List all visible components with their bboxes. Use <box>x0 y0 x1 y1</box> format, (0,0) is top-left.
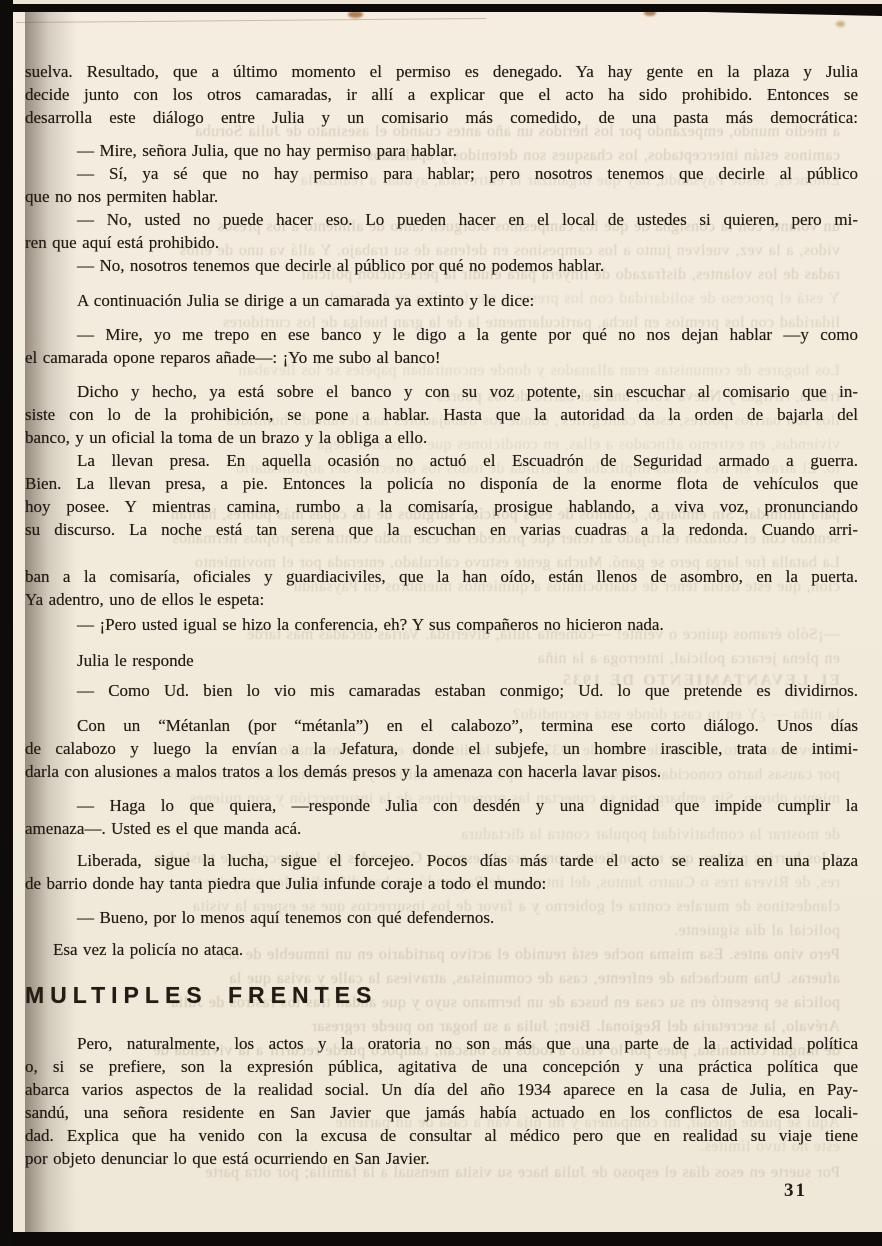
dialogo-conferencia: — ¡Pero usted igual se hizo la conferenc… <box>25 613 858 636</box>
dialogo-defendernos: — Bueno, por lo menos aquí tenemos con q… <box>25 906 858 929</box>
text-line: decide junto con los otros camaradas, ir… <box>25 83 858 106</box>
text-line: Liberada, sigue la lucha, sigue el force… <box>25 849 858 872</box>
text-line: de barrio donde hay tanta piedra que Jul… <box>25 872 858 895</box>
text-line: La llevan presa. En aquella ocasión no a… <box>25 449 858 472</box>
text-content: suelva. Resultado, que a último momento … <box>25 60 858 1170</box>
text-line: que no nos permiten hablar. <box>25 185 858 208</box>
para-liberada: Liberada, sigue la lucha, sigue el force… <box>25 849 858 895</box>
para-comisaria: ban a la comisaría, oficiales y guardiac… <box>25 565 858 611</box>
book-page-scan: a medio mundo, empezando por los heridos… <box>0 0 882 1246</box>
book-page: a medio mundo, empezando por los heridos… <box>12 5 882 1232</box>
page-number: 31 <box>784 1180 807 1202</box>
rust-stain <box>348 11 363 18</box>
text-line: Con un “Métanlan (por “métanla”) en el c… <box>25 714 858 737</box>
text-line: banco, y un oficial la toma de un brazo … <box>25 426 858 449</box>
text-line: — Bueno, por lo menos aquí tenemos con q… <box>25 906 858 929</box>
para-la-llevan-presa: La llevan presa. En aquella ocasión no a… <box>25 449 858 541</box>
text-line: o, si se prefiere, son la expresión públ… <box>25 1055 858 1078</box>
para-permiso-denegado: suelva. Resultado, que a último momento … <box>25 60 858 129</box>
para-no-ataca: Esa vez la policía no ataca. <box>25 938 858 961</box>
text-line: Ya adentro, uno de ellos le espeta: <box>25 588 858 611</box>
text-line: — Haga lo que quiera, —responde Julia co… <box>25 794 858 817</box>
text-line: ren que aquí está prohibido. <box>25 231 858 254</box>
text-line: Julia le responde <box>25 649 858 672</box>
text-line: amenaza—. Usted es el que manda acá. <box>25 817 858 840</box>
text-line: — ¡Pero usted igual se hizo la conferenc… <box>25 613 858 636</box>
text-line: siste con lo de la prohibición, se pone … <box>25 403 858 426</box>
dialogo-dividirnos: — Como Ud. bien lo vio mis camaradas est… <box>25 679 858 702</box>
heading-multiples-frentes: MULTIPLES FRENTES <box>25 983 858 1007</box>
text-line: hoy posee. Y mientras camina, rumbo a la… <box>25 495 858 518</box>
text-line: por objeto denunciar lo que está ocurrie… <box>25 1147 858 1170</box>
text-line: A continuación Julia se dirige a un cama… <box>25 289 858 312</box>
para-calabozo: Con un “Métanlan (por “métanla”) en el c… <box>25 714 858 783</box>
text-line: su discurso. La noche está tan serena qu… <box>25 518 858 541</box>
text-line: — Mire, yo me trepo en ese banco y le di… <box>25 323 858 346</box>
text-line: de calabozo y luego la envían a la Jefat… <box>25 737 858 760</box>
para-dicho-y-hecho: Dicho y hecho, ya está sobre el banco y … <box>25 380 858 449</box>
text-line: dad. Explica que ha venido con la excusa… <box>25 1124 858 1147</box>
text-line: Bien. La llevan presa, a pie. Entonces l… <box>25 472 858 495</box>
text-line: — Como Ud. bien lo vio mis camaradas est… <box>25 679 858 702</box>
text-line: sandú, una señora residente en San Javie… <box>25 1101 858 1124</box>
text-line: Esa vez la policía no ataca. <box>25 938 858 961</box>
dialogo-permiso: — Mire, señora Julia, que no hay permiso… <box>25 139 858 277</box>
text-line: — Mire, señora Julia, que no hay permiso… <box>25 139 858 162</box>
text-line: Dicho y hecho, ya está sobre el banco y … <box>25 380 858 403</box>
text-line: — Sí, ya sé que no hay permiso para habl… <box>25 162 858 185</box>
dialogo-haga-lo-que-quiera: — Haga lo que quiera, —responde Julia co… <box>25 794 858 840</box>
rust-stain <box>836 21 845 27</box>
para-a-continuacion: A continuación Julia se dirige a un cama… <box>25 289 858 312</box>
text-line: abarca varios aspectos de la realidad so… <box>25 1078 858 1101</box>
text-line: Pero, naturalmente, los actos y la orato… <box>25 1032 858 1055</box>
page-crease <box>16 18 486 23</box>
text-line: darla con alusiones a malos tratos a los… <box>25 760 858 783</box>
text-line: el camarada opone reparos añade—: ¡Yo me… <box>25 346 858 369</box>
para-julia-responde: Julia le responde <box>25 649 858 672</box>
scan-edge-left <box>0 0 13 1246</box>
scan-edge-bottom <box>0 1231 882 1246</box>
text-line: — No, usted no puede hacer eso. Lo puede… <box>25 208 858 231</box>
section-heading: MULTIPLES FRENTES <box>25 983 858 1007</box>
text-line: suelva. Resultado, que a último momento … <box>25 60 858 83</box>
dialogo-banco: — Mire, yo me trepo en ese banco y le di… <box>25 323 858 369</box>
text-line: ban a la comisaría, oficiales y guardiac… <box>25 565 858 588</box>
text-line: — No, nosotros tenemos que decirle al pú… <box>25 254 858 277</box>
para-multiples-frentes: Pero, naturalmente, los actos y la orato… <box>25 1032 858 1170</box>
text-line: desarrolla este diálogo entre Julia y un… <box>25 106 858 129</box>
